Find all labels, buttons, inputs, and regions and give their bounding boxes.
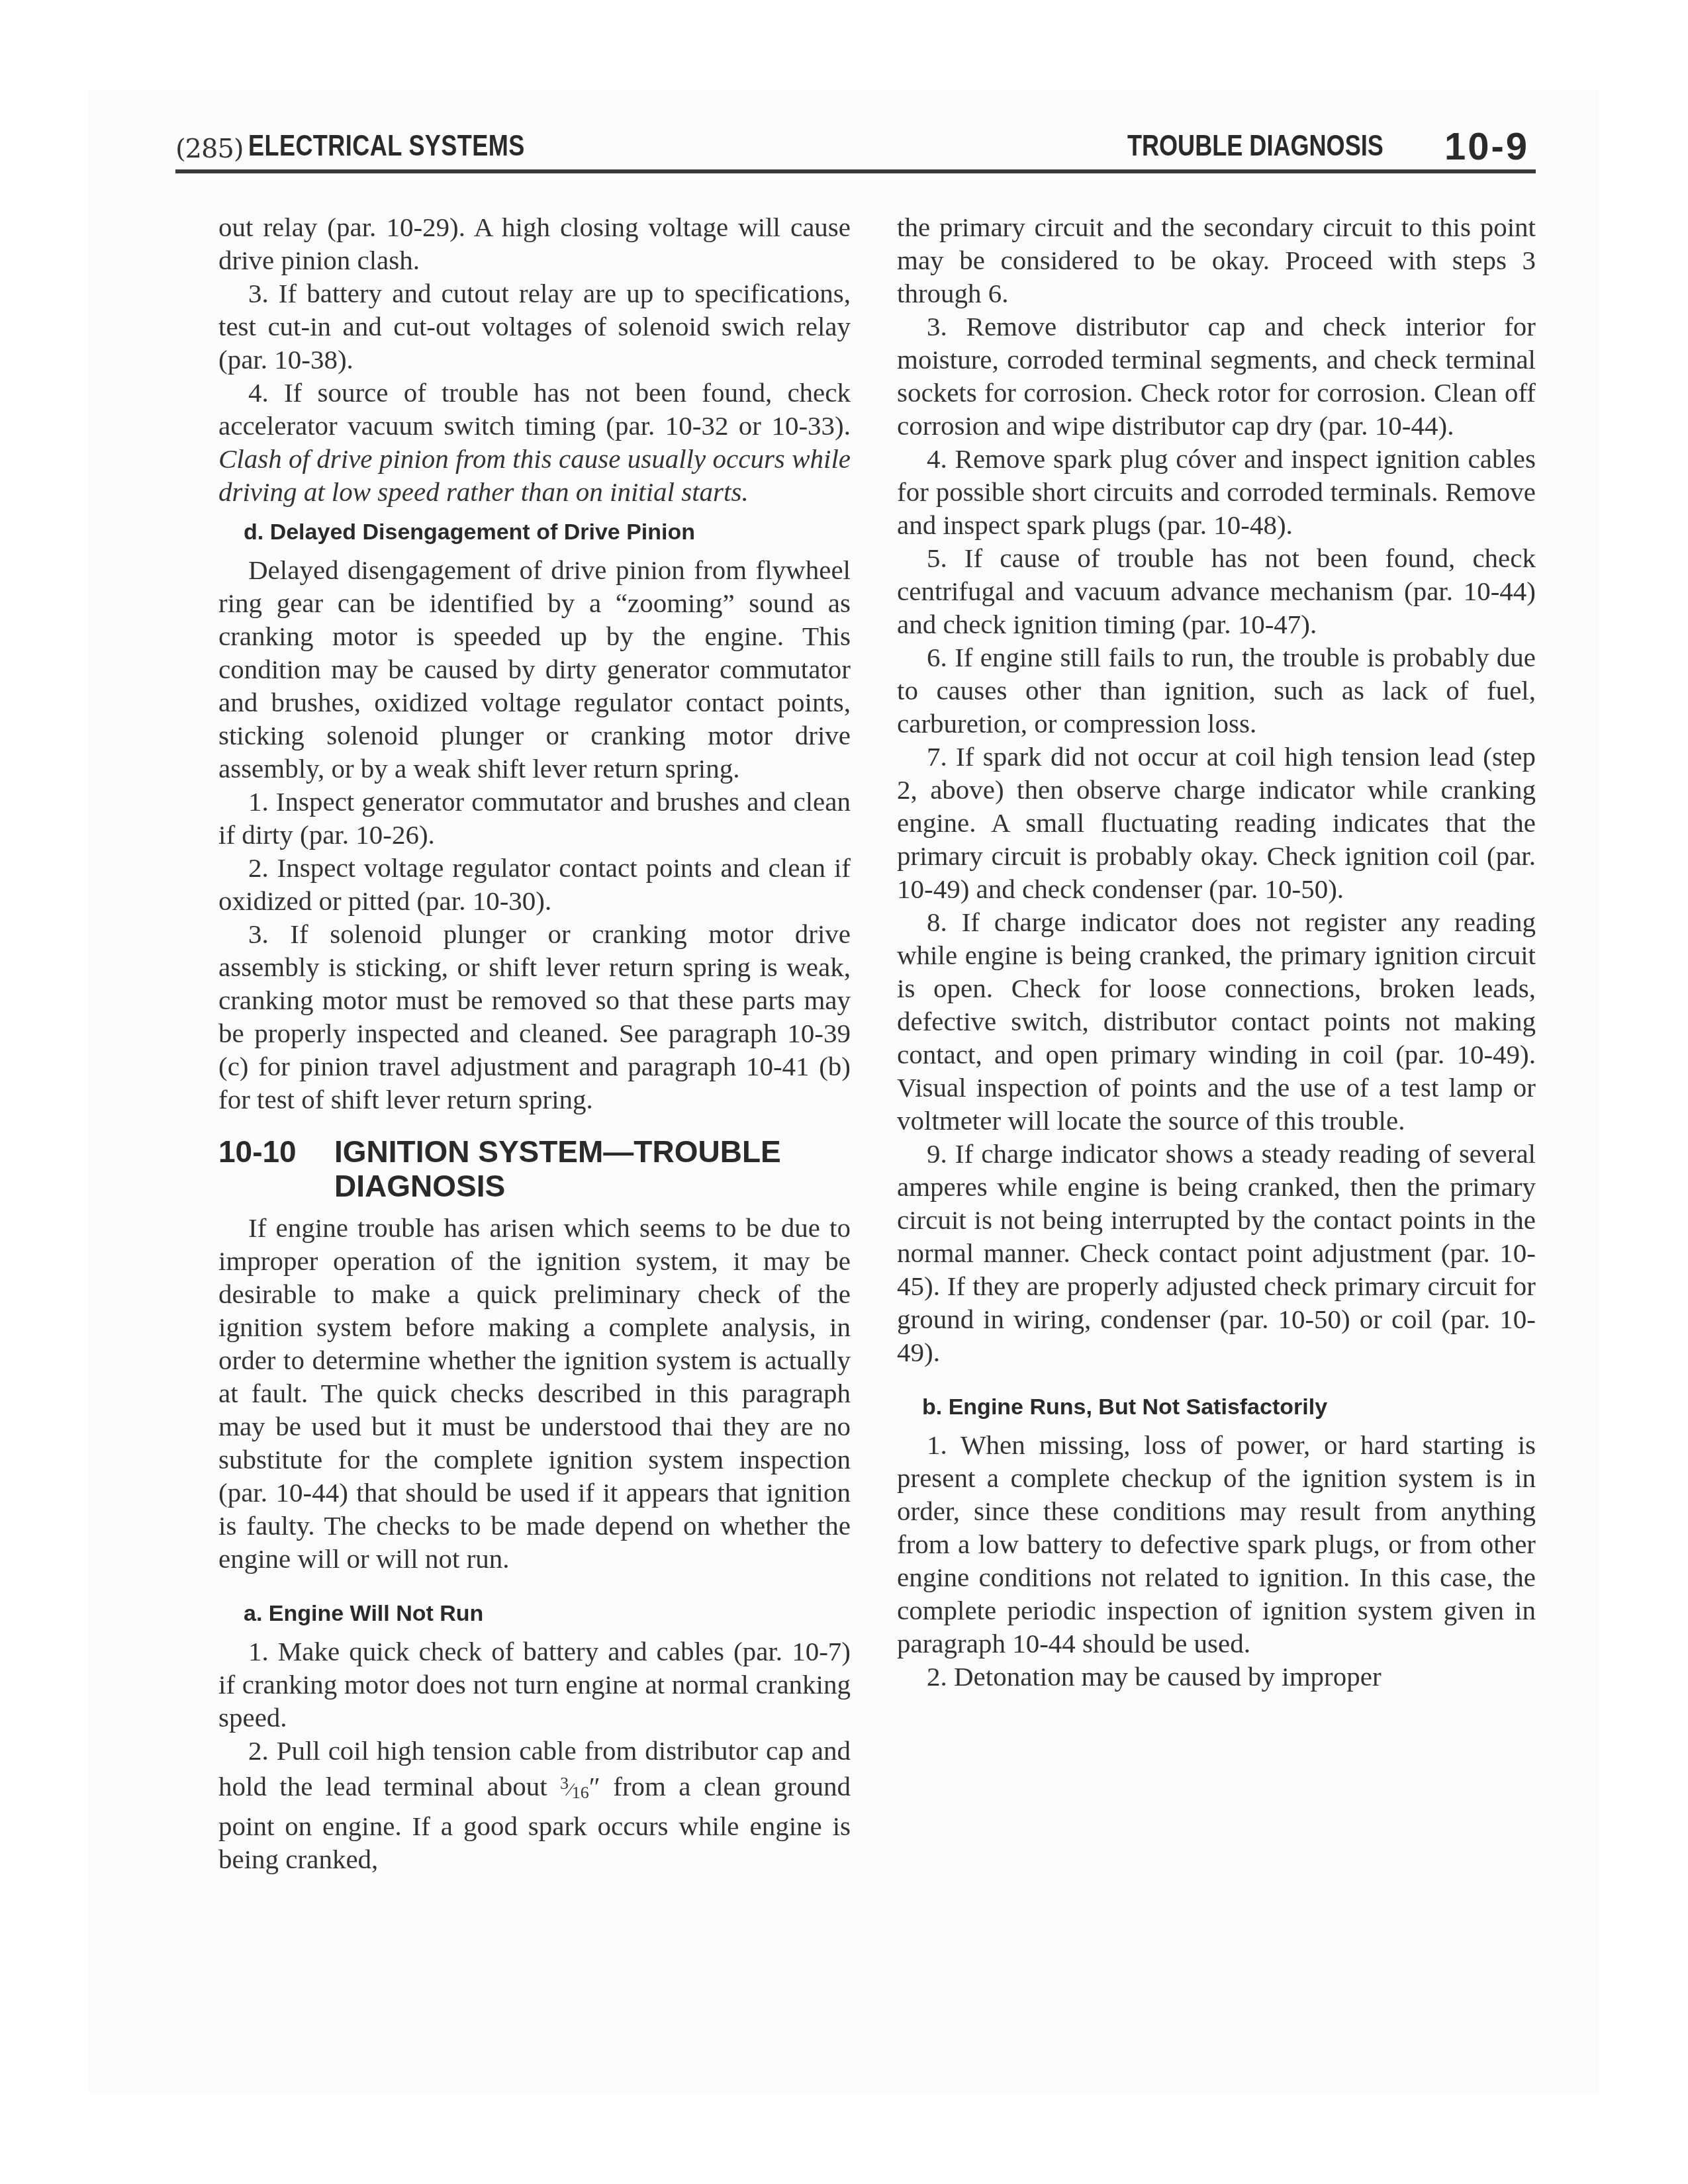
step-b-2: 2. Detonation may be caused by improper bbox=[897, 1660, 1536, 1693]
step-a-2: 2. Pull coil high tension cable from dis… bbox=[218, 1734, 851, 1876]
paragraph-continuation: the primary circuit and the secondary ci… bbox=[897, 210, 1536, 310]
step-a-8: 8. If charge indicator does not register… bbox=[897, 905, 1536, 1137]
step-a-3: 3. Remove distributor cap and check inte… bbox=[897, 310, 1536, 442]
subheading-d-delayed-disengagement: d. Delayed Disengagement of Drive Pinion bbox=[244, 518, 851, 547]
step-a-5: 5. If cause of trouble has not been foun… bbox=[897, 541, 1536, 641]
left-column: out relay (par. 10-29). A high closing v… bbox=[218, 210, 851, 1876]
subheading-a-engine-will-not-run: a. Engine Will Not Run bbox=[244, 1599, 851, 1628]
step-4-vacuum-switch: 4. If source of trouble has not been fou… bbox=[218, 376, 851, 508]
step-a-6: 6. If engine still fails to run, the tro… bbox=[897, 641, 1536, 740]
paragraph-continuation: out relay (par. 10-29). A high closing v… bbox=[218, 210, 851, 277]
section-number: 10-10 bbox=[218, 1134, 334, 1203]
fraction-numerator: 3 bbox=[560, 1774, 569, 1793]
step-d-3: 3. If solenoid plunger or cranking motor… bbox=[218, 917, 851, 1116]
step-d-2: 2. Inspect voltage regulator contact poi… bbox=[218, 851, 851, 917]
fraction-three-sixteenths: 3⁄16 bbox=[560, 1780, 589, 1800]
step-a-1: 1. Make quick check of battery and cable… bbox=[218, 1635, 851, 1734]
step-b-1: 1. When missing, loss of power, or hard … bbox=[897, 1428, 1536, 1660]
step-a-9: 9. If charge indicator shows a steady re… bbox=[897, 1137, 1536, 1369]
step-4-italic-note: Clash of drive pinion from this cause us… bbox=[218, 443, 851, 507]
running-section-title: TROUBLE DIAGNOSIS bbox=[1127, 130, 1383, 163]
running-section-number: 10-9 bbox=[1444, 124, 1529, 169]
section-heading-10-10: 10-10 IGNITION SYSTEM—TROUBLE DIAGNOSIS bbox=[218, 1134, 851, 1203]
fraction-denominator: 16 bbox=[572, 1783, 589, 1802]
step-a-7: 7. If spark did not occur at coil high t… bbox=[897, 740, 1536, 905]
paragraph-section-intro: If engine trouble has arisen which seems… bbox=[218, 1211, 851, 1575]
step-3-cutout-relay: 3. If battery and cutout relay are up to… bbox=[218, 277, 851, 376]
right-column: the primary circuit and the secondary ci… bbox=[897, 210, 1536, 1693]
chapter-title: ELECTRICAL SYSTEMS bbox=[248, 130, 525, 163]
section-title: IGNITION SYSTEM—TROUBLE DIAGNOSIS bbox=[334, 1134, 851, 1203]
paragraph-d-intro: Delayed disengagement of drive pinion fr… bbox=[218, 553, 851, 785]
subheading-b-engine-runs: b. Engine Runs, But Not Satisfactorily bbox=[922, 1392, 1536, 1422]
step-4-text: 4. If source of trouble has not been fou… bbox=[218, 377, 851, 441]
page-header: (285) ELECTRICAL SYSTEMS TROUBLE DIAGNOS… bbox=[175, 126, 1536, 175]
header-rule bbox=[175, 169, 1536, 173]
step-d-1: 1. Inspect generator commutator and brus… bbox=[218, 785, 851, 851]
step-a-4: 4. Remove spark plug cóver and inspect i… bbox=[897, 442, 1536, 541]
page-number: (285) bbox=[175, 134, 244, 164]
